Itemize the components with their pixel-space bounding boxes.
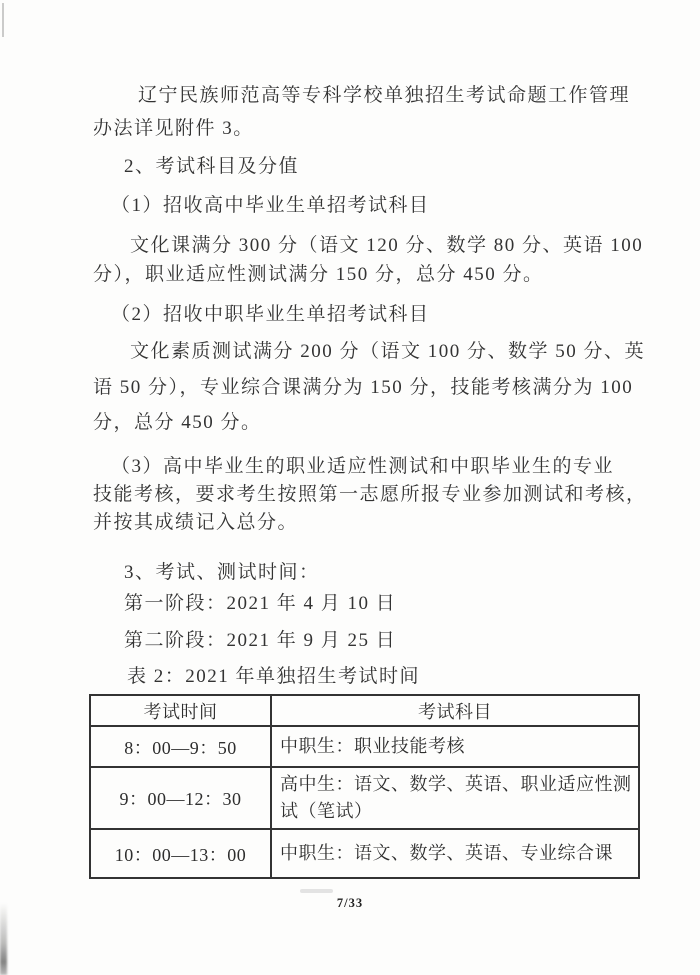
row-1-subject-cell: 中职生：职业技能考核 bbox=[271, 726, 639, 767]
item-2-body-line-1: 文化素质测试满分 200 分（语文 100 分、数学 50 分、英 bbox=[130, 340, 645, 363]
row-2-time-cell: 9：00—12：30 bbox=[90, 767, 271, 829]
section-2-heading: 2、考试科目及分值 bbox=[124, 155, 299, 178]
item-1-body-line-1: 文化课满分 300 分（语文 120 分、数学 80 分、英语 100 bbox=[130, 234, 643, 257]
table-row: 8：00—9：50 中职生：职业技能考核 bbox=[90, 726, 639, 767]
item-2-body-line-2: 语 50 分），专业综合课满分为 150 分，技能考核满分为 100 bbox=[93, 376, 633, 399]
exam-schedule-table: 考试时间 考试科目 8：00—9：50 中职生：职业技能考核 9：00—12：3… bbox=[89, 694, 640, 879]
stage-2-line: 第二阶段：2021 年 9 月 25 日 bbox=[124, 629, 396, 652]
table-row: 10：00—13：00 中职生：语文、数学、英语、专业综合课 bbox=[90, 829, 639, 878]
row-3-time-cell: 10：00—13：00 bbox=[90, 829, 271, 878]
scan-artifact-bottom-left bbox=[0, 903, 7, 975]
item-3-line-2: 技能考核，要求考生按照第一志愿所报专业参加测试和考核， bbox=[93, 483, 647, 506]
table-header-subject: 考试科目 bbox=[271, 695, 639, 726]
table-row: 9：00—12：30 高中生：语文、数学、英语、职业适应性测试（笔试） bbox=[90, 767, 639, 829]
row-1-time-cell: 8：00—9：50 bbox=[90, 726, 271, 767]
page-number: 7/33 bbox=[0, 896, 700, 911]
scan-artifact-top-left bbox=[2, 3, 4, 37]
intro-line-2: 办法详见附件 3。 bbox=[93, 117, 254, 140]
item-1-body-line-2: 分），职业适应性测试满分 150 分，总分 450 分。 bbox=[93, 263, 544, 286]
item-1-heading: （1）招收高中毕业生单招考试科目 bbox=[111, 194, 430, 217]
stage-1-line: 第一阶段：2021 年 4 月 10 日 bbox=[124, 592, 396, 615]
item-2-heading: （2）招收中职毕业生单招考试科目 bbox=[111, 303, 430, 326]
intro-line-1: 辽宁民族师范高等专科学校单独招生考试命题工作管理 bbox=[138, 84, 630, 107]
row-3-subject-cell: 中职生：语文、数学、英语、专业综合课 bbox=[271, 829, 639, 878]
item-3-line-1: （3）高中毕业生的职业适应性测试和中职毕业生的专业 bbox=[111, 455, 614, 478]
scan-artifact-footer-smudge bbox=[300, 889, 333, 893]
row-2-subject-cell: 高中生：语文、数学、英语、职业适应性测试（笔试） bbox=[271, 767, 639, 829]
table-header-row: 考试时间 考试科目 bbox=[90, 695, 639, 726]
table-header-time: 考试时间 bbox=[90, 695, 271, 726]
table-caption: 表 2：2021 年单独招生考试时间 bbox=[127, 665, 420, 688]
item-2-body-line-3: 分，总分 450 分。 bbox=[93, 411, 262, 434]
section-3-heading: 3、考试、测试时间： bbox=[124, 561, 320, 584]
document-page: 辽宁民族师范高等专科学校单独招生考试命题工作管理 办法详见附件 3。 2、考试科… bbox=[0, 0, 700, 975]
item-3-line-3: 并按其成绩记入总分。 bbox=[93, 511, 298, 534]
